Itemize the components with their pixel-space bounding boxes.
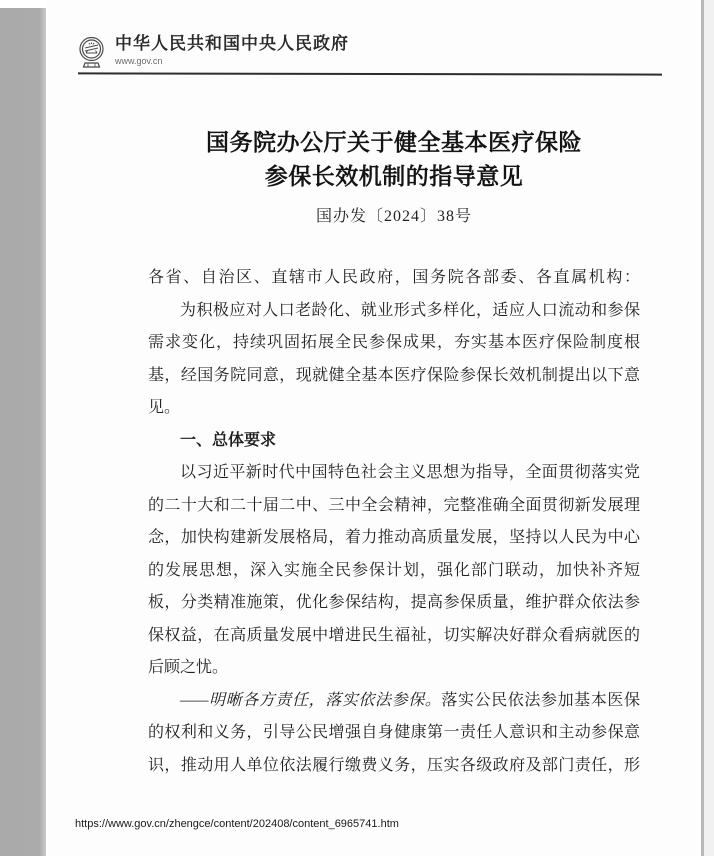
body-line-continuation: 落实公民依法参加基本医保 — [441, 692, 640, 709]
body-line: 见。 — [148, 392, 640, 425]
body-line: 的二十大和二十届二中、三中全会精神，完整准确全面贯彻新发展理 — [148, 490, 640, 523]
body-line: 念，加快构建新发展格局，着力推动高质量发展，坚持以人民为中心 — [148, 522, 640, 555]
body-line: 的权利和义务，引导公民增强自身健康第一责任人意识和主动参保意 — [148, 717, 640, 750]
body-line: 板，分类精准施策，优化参保结构，提高参保质量，维护群众依法参 — [148, 587, 640, 620]
section-heading: 一、总体要求 — [148, 425, 640, 458]
site-url: www.gov.cn — [115, 56, 349, 66]
body-line: ——明晰各方责任，落实依法参保。落实公民依法参加基本医保 — [148, 685, 640, 718]
document-page: 中华人民共和国中央人民政府 www.gov.cn 国务院办公厅关于健全基本医疗保… — [46, 0, 701, 856]
scan-page-edge-line — [701, 0, 704, 856]
body-line: 的发展思想，深入实施全民参保计划，强化部门联动，加快补齐短 — [148, 555, 640, 588]
document-number: 国办发〔2024〕38号 — [148, 203, 640, 226]
body-line: 以习近平新时代中国特色社会主义思想为指导，全面贯彻落实党 — [148, 457, 640, 490]
document-body: 各省、自治区、直辖市人民政府，国务院各部委、各直属机构： 为积极应对人口老龄化、… — [148, 262, 640, 782]
site-header: 中华人民共和国中央人民政府 www.gov.cn — [78, 34, 349, 70]
body-line: 识，推动用人单位依法履行缴费义务，压实各级政府及部门责任，形 — [148, 750, 640, 783]
document-title-block: 国务院办公厅关于健全基本医疗保险 参保长效机制的指导意见 国办发〔2024〕38… — [148, 126, 640, 226]
document-title-line1: 国务院办公厅关于健全基本医疗保险 — [148, 126, 640, 160]
body-line: 为积极应对人口老龄化、就业形式多样化，适应人口流动和参保 — [148, 295, 640, 328]
body-line: 基，经国务院同意，现就健全基本医疗保险参保长效机制提出以下意 — [148, 360, 640, 393]
site-name: 中华人民共和国中央人民政府 — [115, 34, 349, 54]
source-url: https://www.gov.cn/zhengce/content/20240… — [75, 818, 399, 830]
header-divider — [78, 72, 662, 75]
body-line: 各省、自治区、直辖市人民政府，国务院各部委、各直属机构： — [148, 262, 640, 295]
scan-margin-right — [704, 0, 714, 856]
body-line: 保权益，在高质量发展中增进民生福祉，切实解决好群众看病就医的 — [148, 620, 640, 653]
body-line: 后顾之忧。 — [148, 652, 640, 685]
national-emblem-icon — [78, 36, 105, 70]
body-line-emphasis-lead: ——明晰各方责任，落实依法参保。 — [180, 692, 441, 709]
body-line: 需求变化，持续巩固拓展全民参保成果，夯实基本医疗保险制度根 — [148, 327, 640, 360]
document-title-line2: 参保长效机制的指导意见 — [148, 160, 640, 194]
